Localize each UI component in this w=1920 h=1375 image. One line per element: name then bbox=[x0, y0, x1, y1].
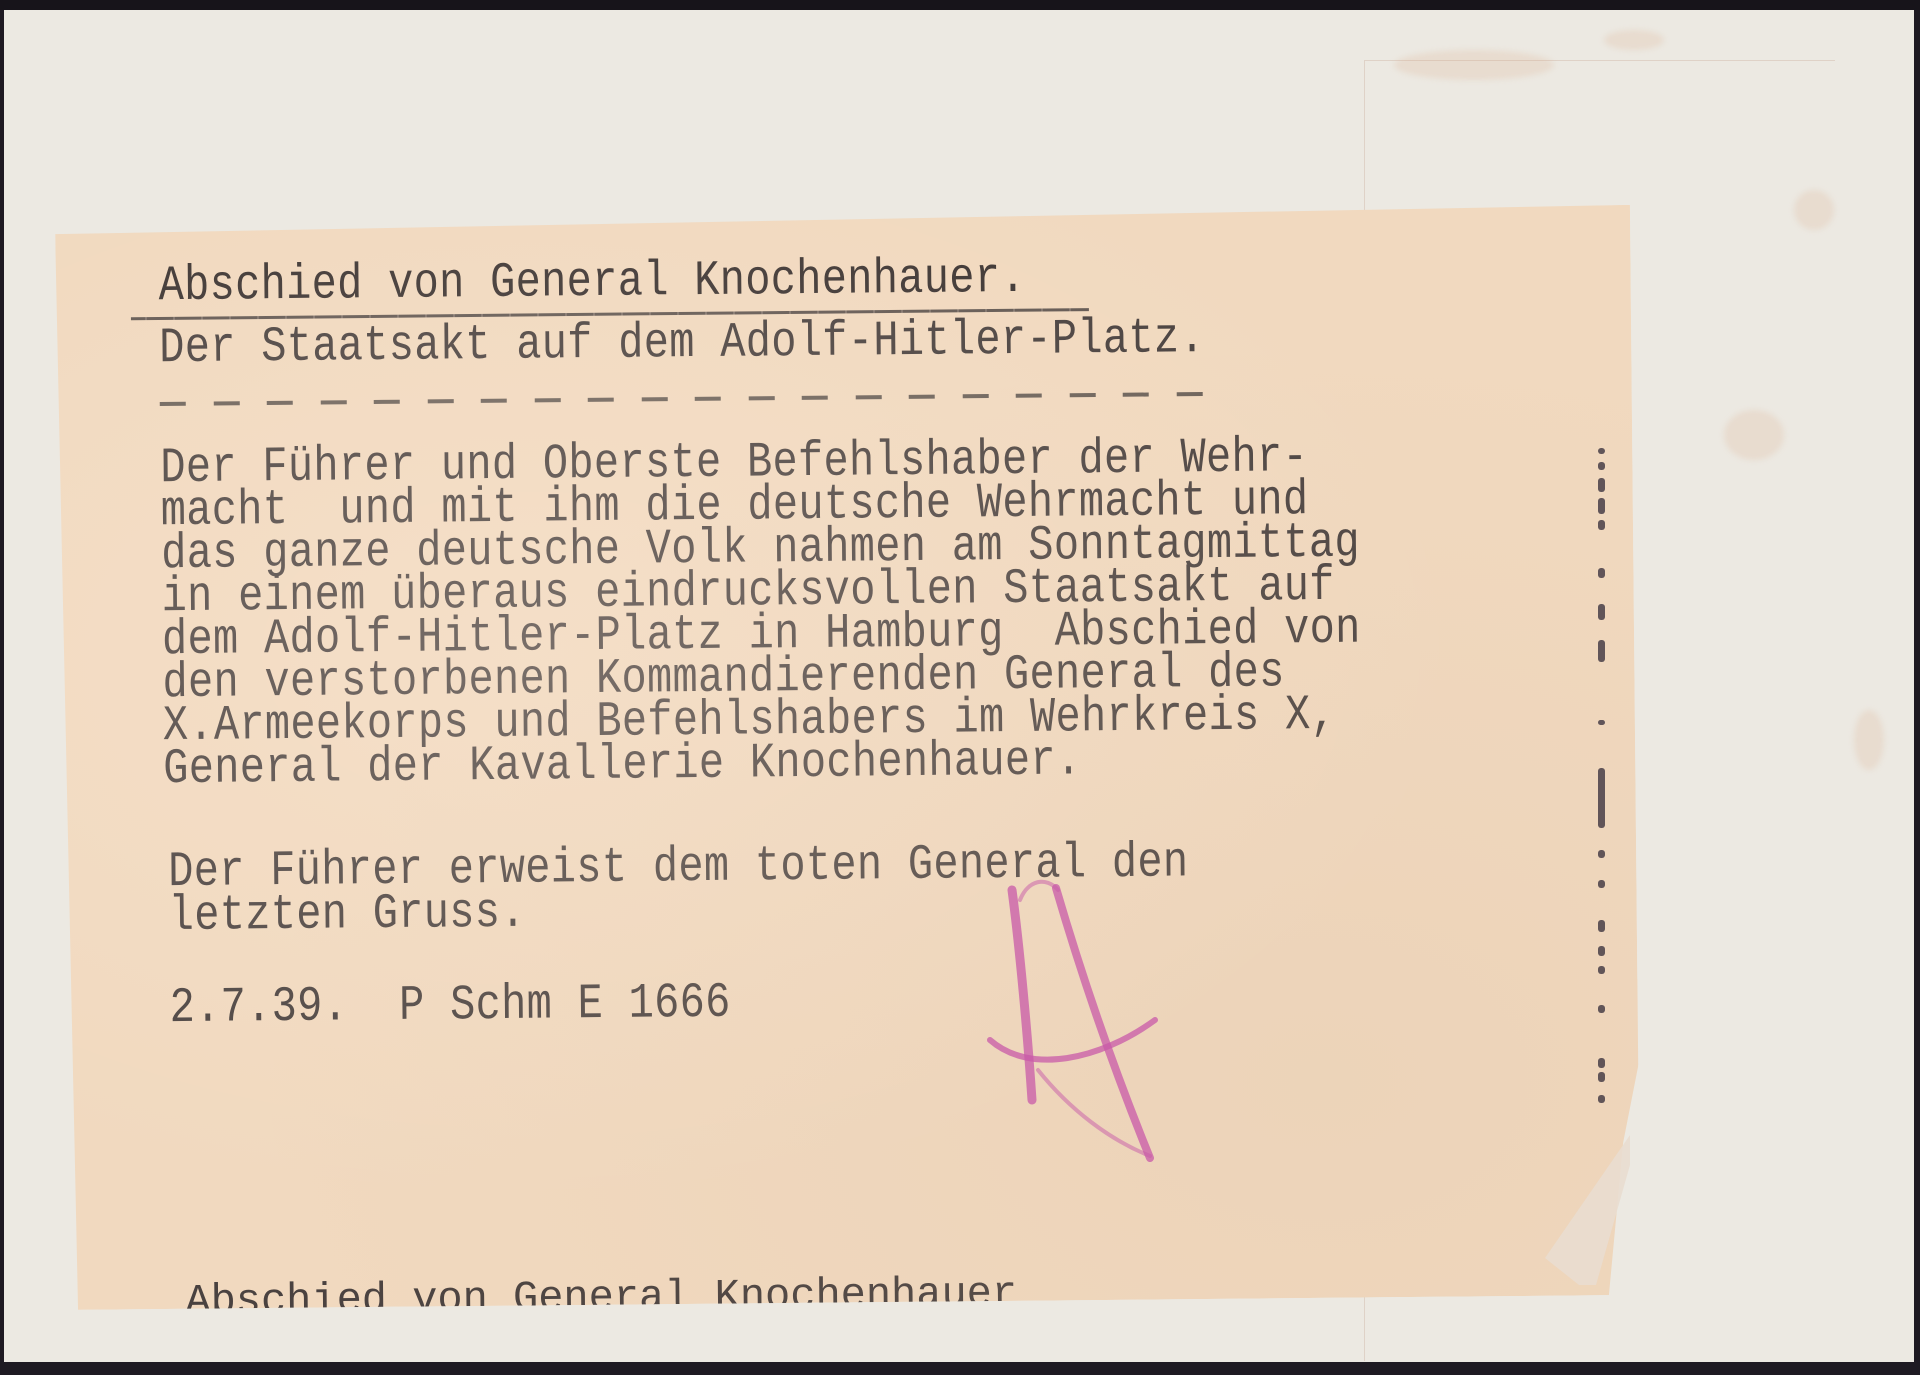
date-reference-code: 2.7.39. P Schm E 1666 bbox=[169, 978, 731, 1033]
foxing-stain bbox=[1394, 50, 1554, 80]
foxing-stain bbox=[1604, 30, 1664, 50]
photo-frame-top-edge bbox=[0, 0, 1920, 10]
headline: Abschied von General Knochenhauer. bbox=[158, 253, 1026, 311]
caption-line: letzten Gruss. bbox=[168, 888, 526, 941]
dashed-separator bbox=[160, 392, 1202, 406]
foxing-stain bbox=[1794, 190, 1834, 230]
subheadline: Der Staatsakt auf dem Adolf-Hitler-Platz… bbox=[159, 313, 1205, 373]
foxing-stain bbox=[1724, 410, 1784, 460]
body-line: General der Kavallerie Knochenhauer. bbox=[163, 736, 1082, 794]
caption-paper-slip: Abschied von General Knochenhauer. Der S… bbox=[55, 205, 1640, 1310]
foxing-stain bbox=[1854, 710, 1884, 770]
handwritten-initial-mark bbox=[950, 860, 1170, 1190]
